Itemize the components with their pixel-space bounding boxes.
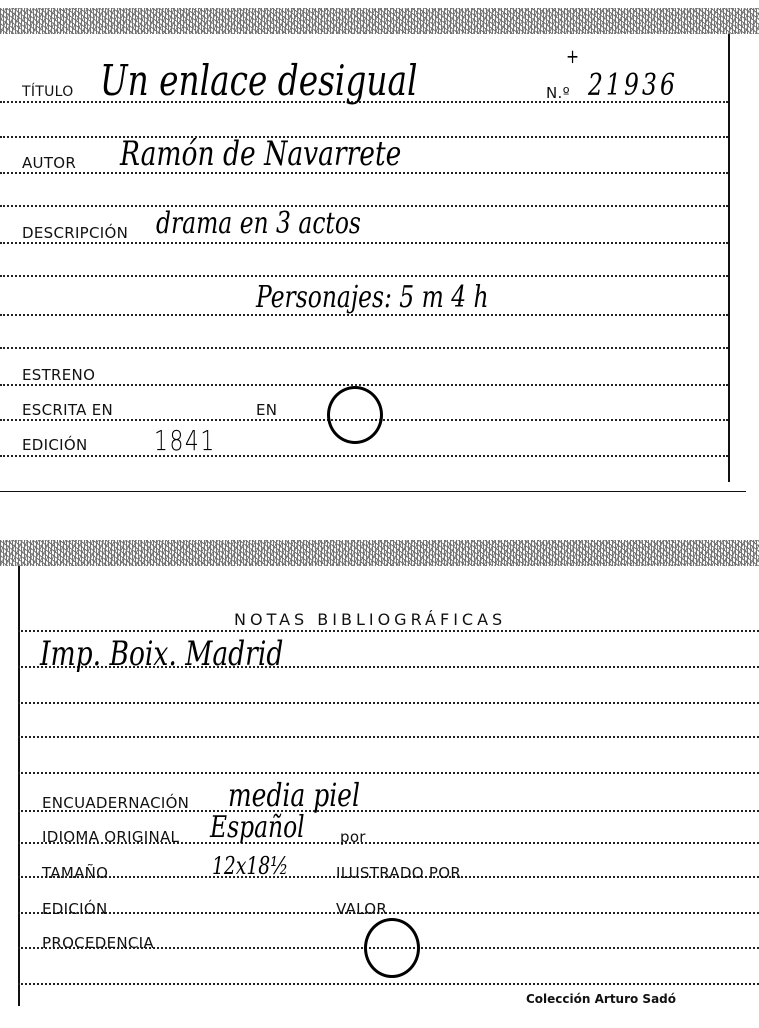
library-stamp-circle — [364, 918, 420, 978]
numero-value: 21936 — [588, 68, 678, 103]
collection-credit: Colección Arturo Sadó — [526, 992, 676, 1006]
rule-line — [18, 630, 759, 632]
idioma-original-label: IDIOMA ORIGINAL — [42, 828, 179, 846]
rule-line — [0, 205, 728, 207]
descripcion-label: DESCRIPCIÓN — [22, 224, 128, 242]
card-bottom-border — [0, 491, 746, 492]
estreno-label: ESTRENO — [22, 366, 95, 384]
catalog-card-back: NOTAS BIBLIOGRÁFICAS Imp. Boix. Madrid E… — [0, 530, 759, 1028]
rule-line — [18, 983, 759, 985]
titulo-value: Un enlace desigual — [100, 56, 417, 105]
personajes-value: Personajes: 5 m 4 h — [256, 280, 489, 315]
rule-line — [18, 772, 759, 774]
en-label: EN — [256, 401, 277, 419]
idioma-original-value: Español — [210, 810, 305, 845]
ilustrado-por-label: ILUSTRADO POR — [336, 864, 461, 882]
titulo-label: TÍTULO — [22, 84, 74, 100]
edicion-value: 1841 — [154, 424, 216, 457]
rule-line — [0, 455, 728, 457]
autor-label: AUTOR — [22, 154, 76, 172]
scan-edge-noise — [0, 8, 759, 34]
encuadernacion-value: media piel — [228, 776, 360, 814]
rule-line — [0, 242, 728, 244]
rule-line — [18, 702, 759, 704]
rule-line — [0, 384, 728, 386]
tamano-value: 12x18½ — [212, 852, 288, 880]
rule-line — [0, 275, 728, 277]
rule-line — [18, 736, 759, 738]
library-stamp-circle — [327, 386, 383, 444]
edicion-label: EDICIÓN — [42, 900, 107, 918]
escrita-en-label: ESCRITA EN — [22, 401, 113, 419]
rule-line — [18, 912, 759, 914]
scan-edge-noise — [0, 540, 759, 566]
autor-value: Ramón de Navarrete — [120, 134, 401, 174]
encuadernacion-label: ENCUADERNACIÓN — [42, 794, 189, 812]
notes-value: Imp. Boix. Madrid — [40, 634, 283, 674]
card-right-border — [728, 34, 730, 482]
rule-line — [0, 347, 728, 349]
card-left-border — [18, 566, 20, 1006]
valor-label: VALOR — [336, 900, 387, 918]
number-mark: + — [566, 44, 579, 68]
notes-heading: NOTAS BIBLIOGRÁFICAS — [234, 610, 506, 629]
procedencia-label: PROCEDENCIA — [42, 934, 154, 952]
descripcion-value: drama en 3 actos — [156, 206, 361, 241]
idioma-por-label: por — [340, 828, 366, 846]
edicion-label: EDICIÓN — [22, 436, 87, 454]
catalog-card-front: TÍTULO Un enlace desigual + N.º 21936 AU… — [0, 0, 759, 495]
numero-label: N.º — [546, 84, 570, 102]
tamano-label: TAMAÑO — [42, 864, 108, 882]
